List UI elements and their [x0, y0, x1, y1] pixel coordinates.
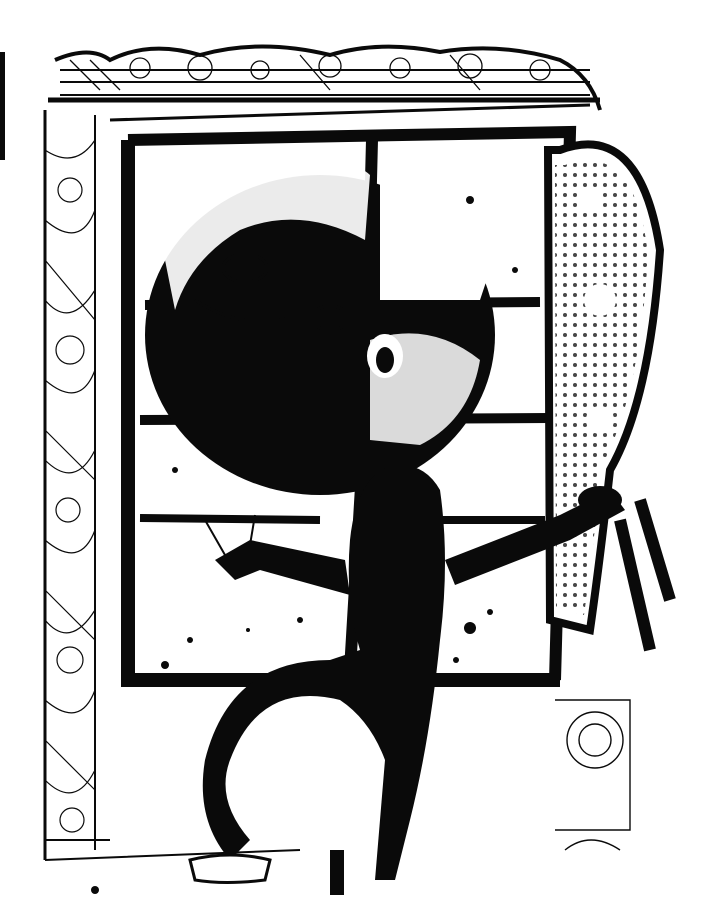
ink-illustration: [0, 0, 708, 900]
moon-face: [145, 160, 495, 495]
edge-mark: [0, 52, 5, 160]
